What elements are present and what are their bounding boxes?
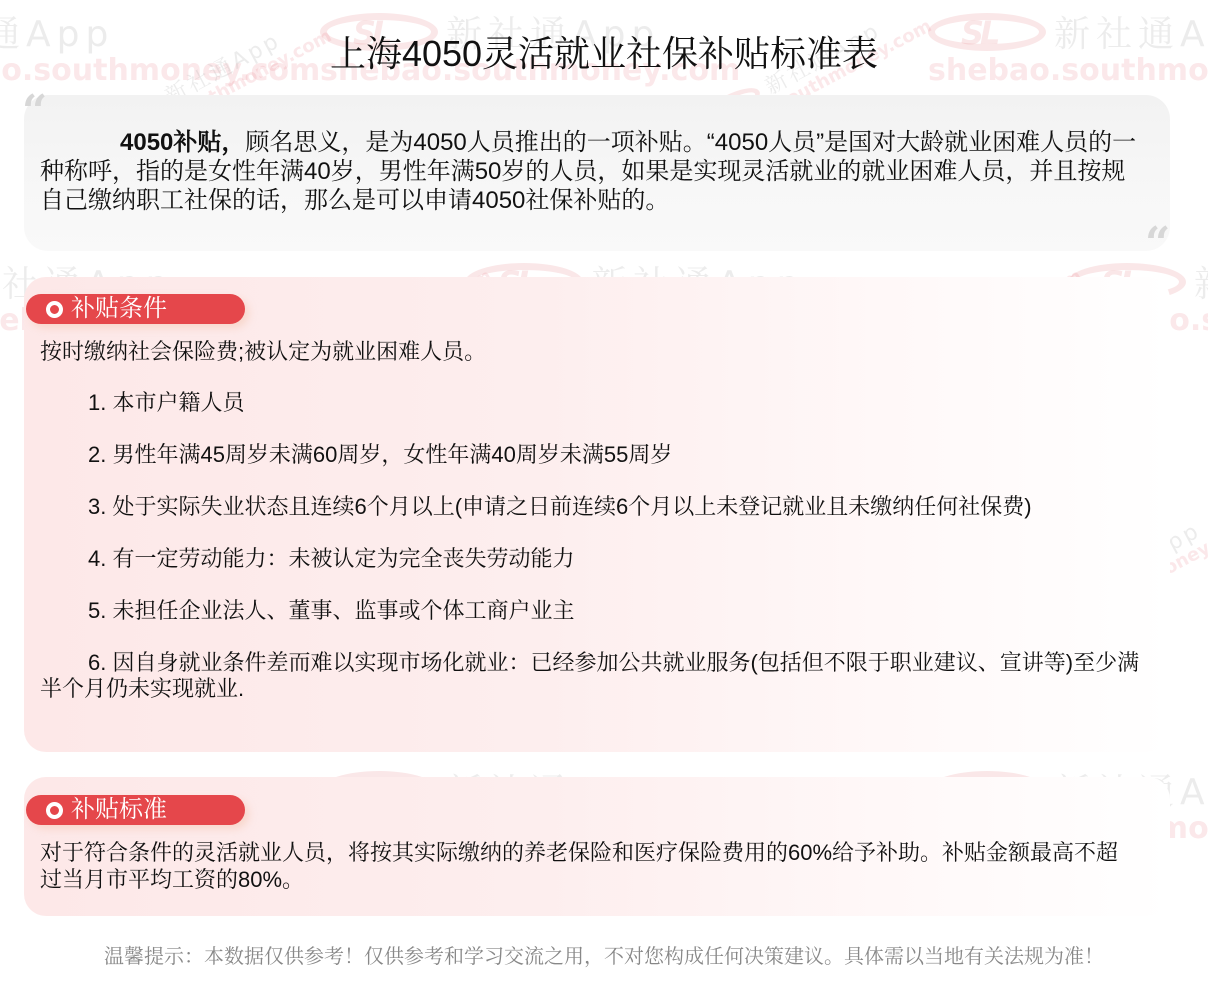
disclaimer-note: 温馨提示：本数据仅供参考！仅供参考和学习交流之用，不对您构成任何决策建议。具体需…: [0, 940, 1208, 969]
conditions-intro: 按时缴纳社会保险费;被认定为就业困难人员。: [40, 339, 1140, 365]
condition-item: 1. 本市户籍人员: [40, 390, 1140, 416]
page-title: 上海4050灵活就业社保补贴标准表: [0, 26, 1208, 77]
ring-icon: [46, 301, 63, 318]
condition-item: 3. 处于实际失业状态且连续6个月以上(申请之日前连续6个月以上未登记就业且未缴…: [40, 494, 1140, 520]
ring-icon: [46, 802, 63, 819]
condition-item: 2. 男性年满45周岁未满60周岁，女性年满40周岁未满55周岁: [40, 442, 1140, 468]
condition-item: 6. 因自身就业条件差而难以实现市场化就业：已经参加公共就业服务(包括但不限于职…: [40, 650, 1140, 702]
standard-text: 对于符合条件的灵活就业人员，将按其实际缴纳的养老保险和医疗保险费用的60%给予补…: [40, 839, 1140, 893]
close-quote-icon: “: [1145, 222, 1170, 266]
intro-paragraph: 4050补贴，顾名思义，是为4050人员推出的一项补贴。“4050人员”是国对大…: [40, 128, 1140, 215]
intro-lead: 4050补贴，: [120, 129, 245, 156]
standard-heading: 补贴标准: [26, 795, 245, 825]
condition-item: 4. 有一定劳动能力：未被认定为完全丧失劳动能力: [40, 546, 1140, 572]
conditions-heading: 补贴条件: [26, 294, 245, 324]
condition-item: 5. 未担任企业法人、董事、监事或个体工商户业主: [40, 598, 1140, 624]
